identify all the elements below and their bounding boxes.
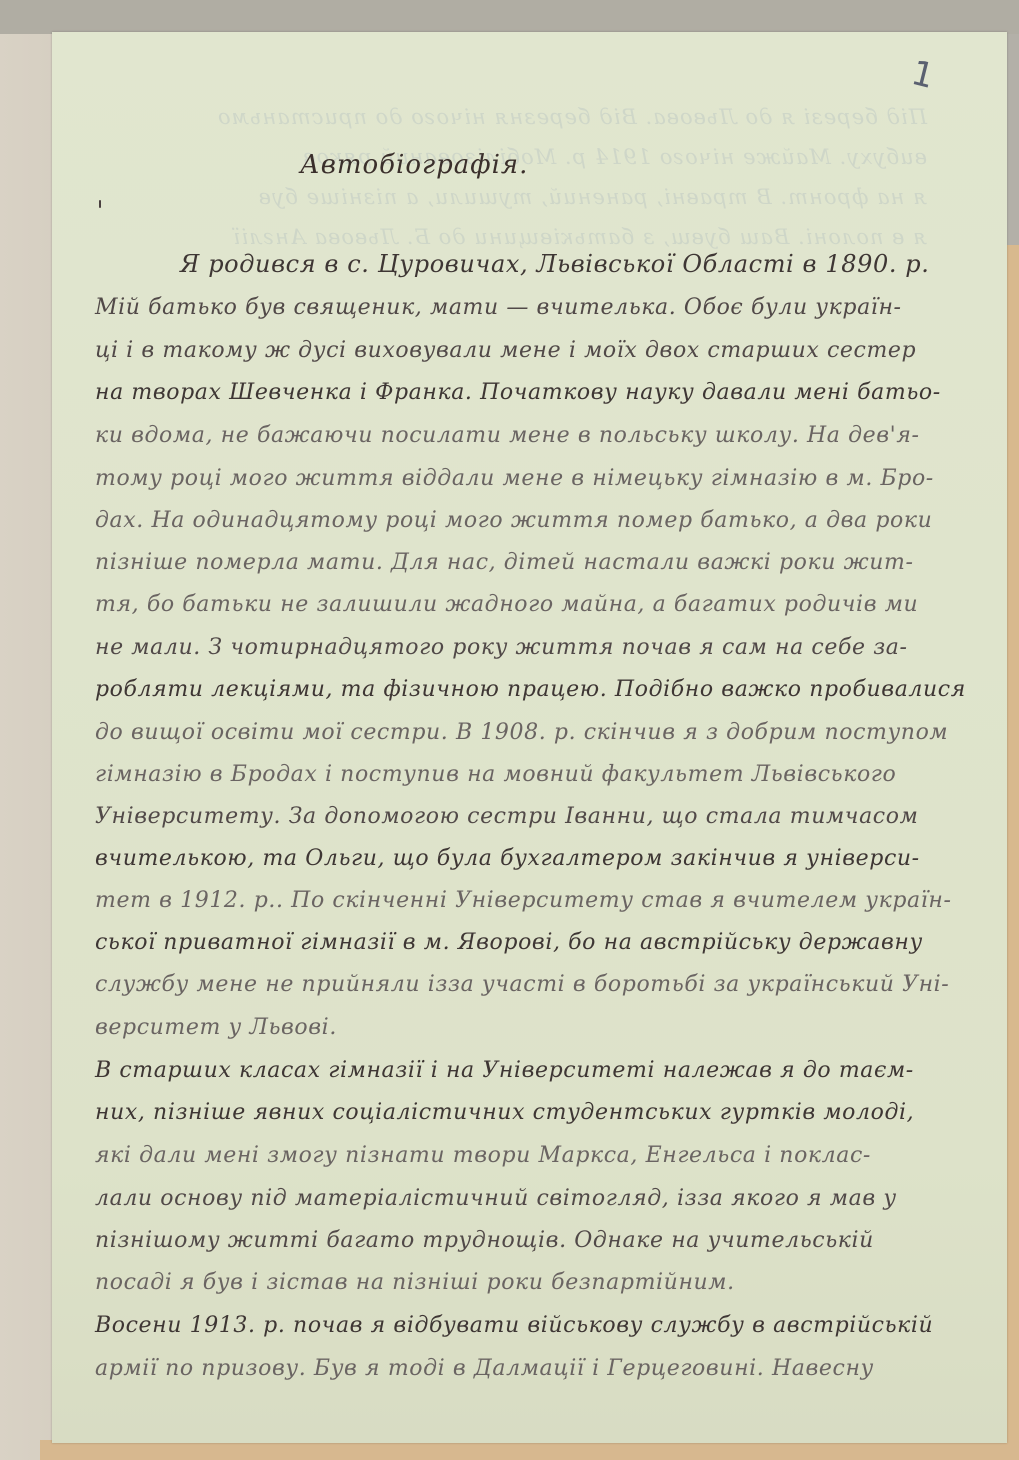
document-title: Автобіографія. [300, 150, 528, 180]
text-line: Восени 1913. р. почав я відбувати військ… [95, 1313, 933, 1338]
text-line: армії по призову. Був я тоді в Далмації … [95, 1356, 874, 1381]
text-line: вчителькою, та Ольги, що була бухгалтеро… [95, 846, 920, 871]
text-line: службу мене не прийняли ізза участі в бо… [95, 972, 949, 997]
backing-bottom-edge [40, 1440, 1019, 1460]
text-line: Мій батько був священик, мати — вчительк… [95, 295, 902, 320]
text-line: В старших класах гімназії і на Університ… [95, 1058, 914, 1083]
bleed-line: Під березі я до Львова. Від березня нічо… [107, 97, 927, 137]
text-line: ської приватної гімназії в м. Яворові, б… [95, 930, 923, 955]
text-line: Я родився в с. Цуровичах, Львівської Обл… [180, 250, 929, 278]
text-line: пізнішому житті багато труднощів. Однаке… [95, 1228, 874, 1253]
text-line: до вищої освіти мої сестри. В 1908. р. с… [95, 720, 948, 745]
text-line: тому році мого життя віддали мене в німе… [95, 466, 934, 491]
backing-top-edge [0, 0, 1019, 34]
text-line: дах. На одинадцятому році мого життя пом… [95, 508, 932, 533]
text-line: Університету. За допомогою сестри Іванни… [95, 804, 918, 829]
ink-mark [99, 200, 101, 208]
text-line: не мали. З чотирнадцятого року життя поч… [95, 635, 908, 660]
text-line: тя, бо батьки не залишили жадного майна,… [95, 592, 918, 617]
text-line: лали основу під матеріалістичний світогл… [95, 1186, 897, 1211]
text-line: гімназію в Бродах і поступив на мовний ф… [95, 762, 896, 787]
text-line: робляти лекціями, та фізичною працею. По… [95, 677, 966, 702]
text-line: ки вдома, не бажаючи посилати мене в пол… [95, 423, 920, 448]
text-line: які дали мені змогу пізнати твори Маркса… [95, 1143, 871, 1168]
text-line: на творах Шевченка і Франка. Початкову н… [95, 380, 941, 405]
text-line: посаді я був і зістав на пізніші роки бе… [95, 1270, 735, 1295]
bleed-line: я на фронт. В травні, ранений, тушили, а… [107, 177, 927, 217]
text-line: пізніше померла мати. Для нас, дітей нас… [95, 550, 914, 575]
text-line: ці і в такому ж дусі виховували мене і м… [95, 338, 916, 363]
backing-right-strip [1006, 245, 1019, 1460]
text-line: верситет у Львові. [95, 1015, 337, 1040]
text-line: тет в 1912. р.. По скінченні Університет… [95, 888, 952, 913]
text-line: них, пізніше явних соціалістичних студен… [95, 1100, 914, 1125]
